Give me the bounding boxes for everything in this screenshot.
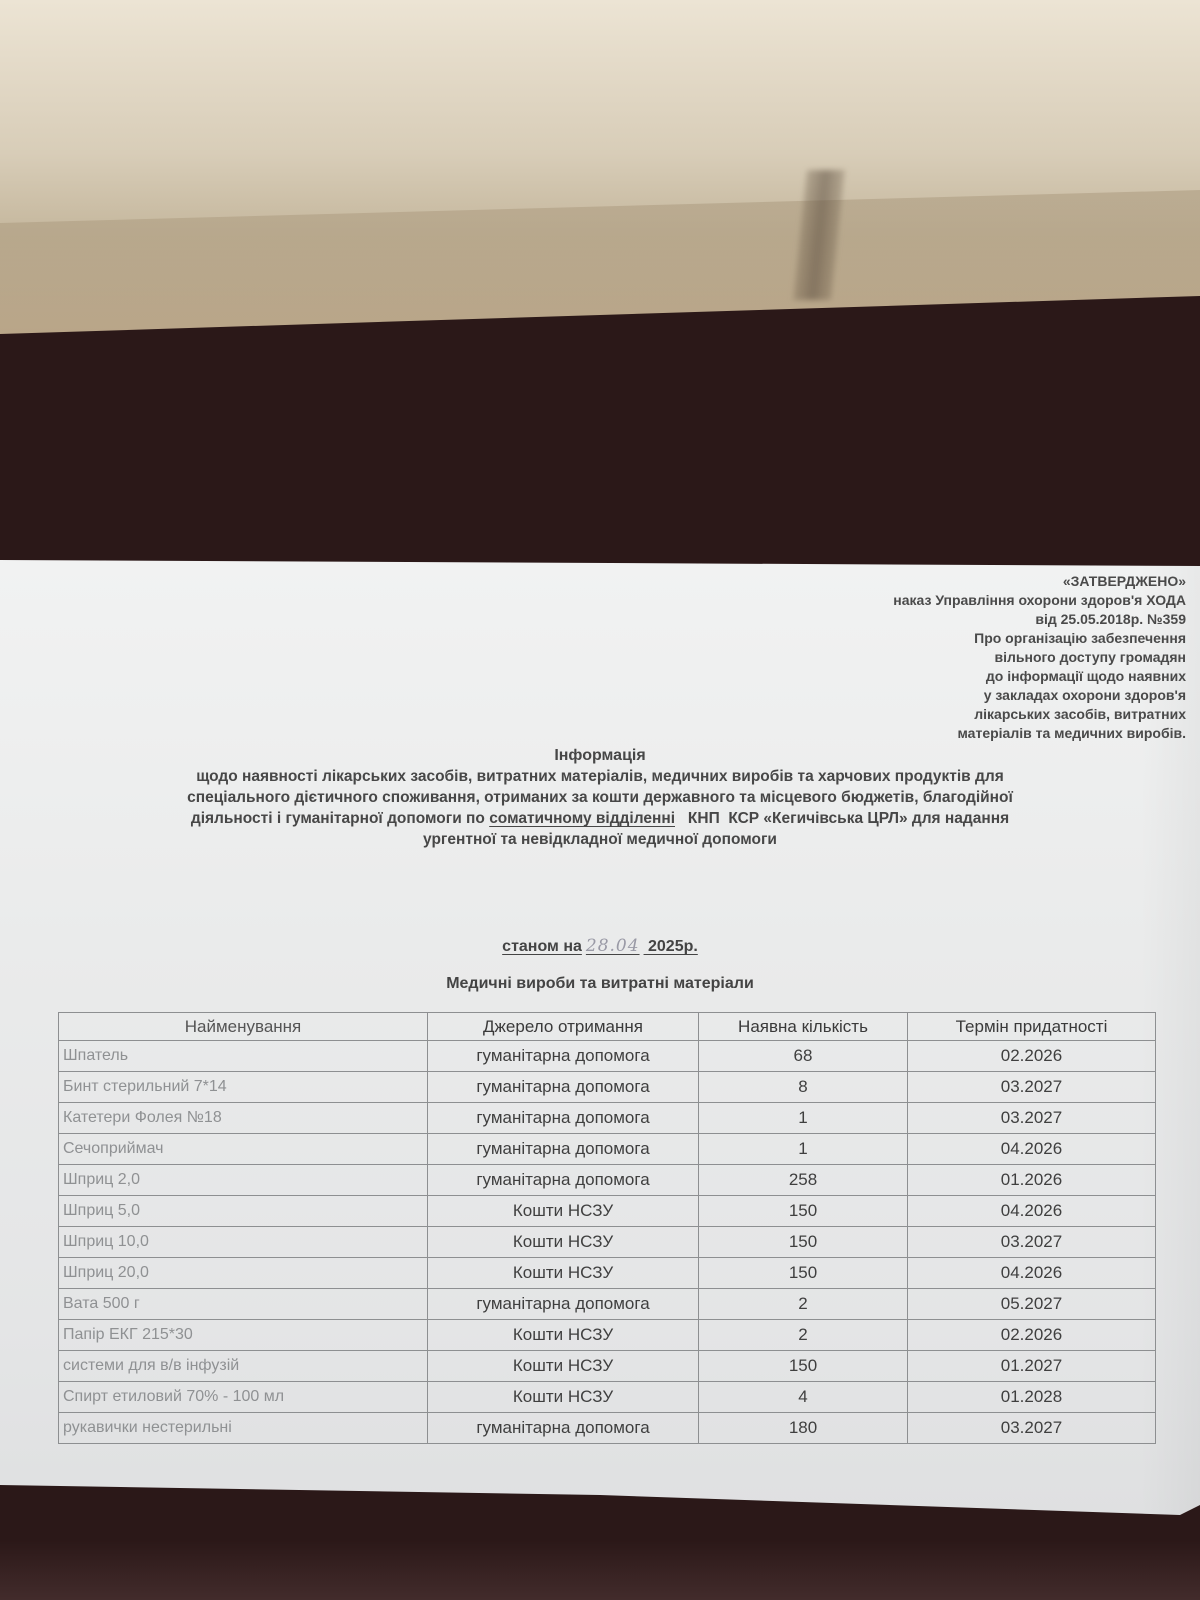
info-line: ургентної та невідкладної медичної допом… xyxy=(20,829,1180,850)
approval-line: від 25.05.2018р. №359 xyxy=(893,610,1186,629)
info-line-prefix: діяльності і гуманітарної допомоги по xyxy=(191,810,489,827)
item-name: Шприц 5,0 xyxy=(59,1196,428,1227)
document-sheet: «ЗАТВЕРДЖЕНО» наказ Управління охорони з… xyxy=(0,560,1200,1515)
item-name: Спирт етиловий 70% - 100 мл xyxy=(59,1382,428,1413)
item-source: Кошти НСЗУ xyxy=(428,1227,699,1258)
item-source: гуманітарна допомога xyxy=(428,1103,699,1134)
approval-line: у закладах охорони здоров'я xyxy=(893,686,1186,705)
info-heading-block: Інформація щодо наявності лікарських зас… xyxy=(20,745,1180,850)
item-name: системи для в/в інфузій xyxy=(59,1351,428,1382)
item-expiry: 02.2026 xyxy=(908,1320,1156,1351)
item-quantity: 180 xyxy=(699,1413,908,1444)
item-expiry: 02.2026 xyxy=(908,1041,1156,1072)
table-row: Вата 500 ггуманітарна допомога205.2027 xyxy=(59,1289,1156,1320)
header-quantity: Наявна кількість xyxy=(699,1013,908,1041)
item-quantity: 258 xyxy=(699,1165,908,1196)
info-line: діяльності і гуманітарної допомоги по со… xyxy=(20,808,1180,829)
approval-line: Про організацію забезпечення xyxy=(893,629,1186,648)
item-name: рукавички нестерильні xyxy=(59,1413,428,1444)
approval-line: вільного доступу громадян xyxy=(893,648,1186,667)
item-quantity: 4 xyxy=(699,1382,908,1413)
table-title: Медичні вироби та витратні матеріали xyxy=(0,975,1200,993)
table-row: Сечоприймачгуманітарна допомога104.2026 xyxy=(59,1134,1156,1165)
approval-stamp-block: «ЗАТВЕРДЖЕНО» наказ Управління охорони з… xyxy=(893,572,1186,743)
item-source: гуманітарна допомога xyxy=(428,1165,699,1196)
item-name: Шпатель xyxy=(59,1041,428,1072)
as-of-prefix: станом на xyxy=(502,938,582,955)
item-expiry: 03.2027 xyxy=(908,1103,1156,1134)
item-expiry: 01.2026 xyxy=(908,1165,1156,1196)
table-row: системи для в/в інфузійКошти НСЗУ15001.2… xyxy=(59,1351,1156,1382)
info-line: щодо наявності лікарських засобів, витра… xyxy=(20,766,1180,787)
info-line: спеціального дієтичного споживання, отри… xyxy=(20,787,1180,808)
approval-line: лікарських засобів, витратних xyxy=(893,705,1186,724)
table-row: рукавички нестерильнігуманітарна допомог… xyxy=(59,1413,1156,1444)
department-name: соматичному відділенні xyxy=(489,810,675,827)
item-name: Шприц 2,0 xyxy=(59,1165,428,1196)
item-expiry: 04.2026 xyxy=(908,1134,1156,1165)
item-quantity: 150 xyxy=(699,1258,908,1289)
item-source: гуманітарна допомога xyxy=(428,1041,699,1072)
inventory-table-wrap: Найменування Джерело отримання Наявна кі… xyxy=(58,1012,1156,1444)
item-name: Катетери Фолея №18 xyxy=(59,1103,428,1134)
item-expiry: 03.2027 xyxy=(908,1227,1156,1258)
item-source: гуманітарна допомога xyxy=(428,1072,699,1103)
item-source: гуманітарна допомога xyxy=(428,1289,699,1320)
approval-line: матеріалів та медичних виробів. xyxy=(893,724,1186,743)
item-quantity: 1 xyxy=(699,1103,908,1134)
header-source: Джерело отримання xyxy=(428,1013,699,1041)
table-row: Шпательгуманітарна допомога6802.2026 xyxy=(59,1041,1156,1072)
item-expiry: 03.2027 xyxy=(908,1413,1156,1444)
table-row: Шприц 5,0Кошти НСЗУ15004.2026 xyxy=(59,1196,1156,1227)
item-name: Папір ЕКГ 215*30 xyxy=(59,1320,428,1351)
item-quantity: 150 xyxy=(699,1227,908,1258)
document-title: Інформація xyxy=(20,745,1180,766)
item-name: Шприц 10,0 xyxy=(59,1227,428,1258)
item-source: гуманітарна допомога xyxy=(428,1413,699,1444)
item-name: Шприц 20,0 xyxy=(59,1258,428,1289)
item-expiry: 05.2027 xyxy=(908,1289,1156,1320)
item-source: Кошти НСЗУ xyxy=(428,1258,699,1289)
item-expiry: 01.2027 xyxy=(908,1351,1156,1382)
info-line-suffix: КНП КСР «Кегичівська ЦРЛ» для надання xyxy=(675,810,1009,827)
item-expiry: 03.2027 xyxy=(908,1072,1156,1103)
table-row: Катетери Фолея №18гуманітарна допомога10… xyxy=(59,1103,1156,1134)
item-expiry: 04.2026 xyxy=(908,1258,1156,1289)
header-expiry: Термін придатності xyxy=(908,1013,1156,1041)
item-name: Бинт стерильний 7*14 xyxy=(59,1072,428,1103)
approval-line: до інформації щодо наявних xyxy=(893,667,1186,686)
approval-line: наказ Управління охорони здоров'я ХОДА xyxy=(893,591,1186,610)
header-name: Найменування xyxy=(59,1013,428,1041)
item-quantity: 2 xyxy=(699,1289,908,1320)
item-expiry: 01.2028 xyxy=(908,1382,1156,1413)
item-quantity: 2 xyxy=(699,1320,908,1351)
table-body: Шпательгуманітарна допомога6802.2026Бинт… xyxy=(59,1041,1156,1444)
item-source: Кошти НСЗУ xyxy=(428,1382,699,1413)
item-quantity: 68 xyxy=(699,1041,908,1072)
table-row: Спирт етиловий 70% - 100 млКошти НСЗУ401… xyxy=(59,1382,1156,1413)
as-of-year: 2025р. xyxy=(644,938,698,955)
table-row: Бинт стерильний 7*14гуманітарна допомога… xyxy=(59,1072,1156,1103)
as-of-date-line: станом на28.04 2025р. xyxy=(0,936,1200,956)
board-bottom-glare xyxy=(0,1540,1200,1600)
item-source: Кошти НСЗУ xyxy=(428,1196,699,1227)
item-source: гуманітарна допомога xyxy=(428,1134,699,1165)
table-row: Шприц 20,0Кошти НСЗУ15004.2026 xyxy=(59,1258,1156,1289)
item-source: Кошти НСЗУ xyxy=(428,1351,699,1382)
handwritten-date: 28.04 xyxy=(582,936,644,956)
item-quantity: 150 xyxy=(699,1351,908,1382)
item-name: Вата 500 г xyxy=(59,1289,428,1320)
inventory-table: Найменування Джерело отримання Наявна кі… xyxy=(58,1012,1156,1444)
table-header-row: Найменування Джерело отримання Наявна кі… xyxy=(59,1013,1156,1041)
approval-heading: «ЗАТВЕРДЖЕНО» xyxy=(893,572,1186,591)
table-row: Шприц 10,0Кошти НСЗУ15003.2027 xyxy=(59,1227,1156,1258)
table-row: Папір ЕКГ 215*30Кошти НСЗУ202.2026 xyxy=(59,1320,1156,1351)
table-row: Шприц 2,0гуманітарна допомога25801.2026 xyxy=(59,1165,1156,1196)
item-expiry: 04.2026 xyxy=(908,1196,1156,1227)
item-quantity: 1 xyxy=(699,1134,908,1165)
item-name: Сечоприймач xyxy=(59,1134,428,1165)
item-source: Кошти НСЗУ xyxy=(428,1320,699,1351)
item-quantity: 150 xyxy=(699,1196,908,1227)
item-quantity: 8 xyxy=(699,1072,908,1103)
